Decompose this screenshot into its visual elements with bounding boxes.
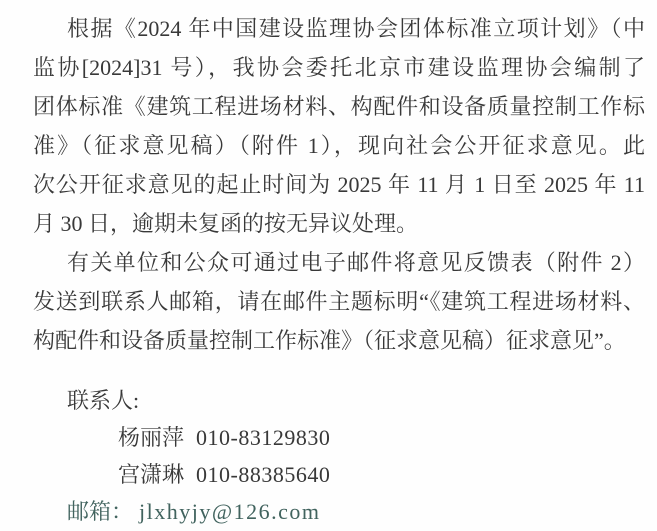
contact-label: 联系人: bbox=[33, 382, 645, 419]
text-line: 次公开征求意见的起止时间为 2025 年 11 月 1 日至 2025 年 11 bbox=[33, 165, 645, 204]
contact-phone: 010-88385640 bbox=[196, 462, 330, 487]
contact-name: 杨丽萍 bbox=[118, 425, 184, 450]
contact-person: 宫潇琳010-88385640 bbox=[33, 456, 645, 493]
text-line: 月 30 日，逾期未复函的按无异议处理。 bbox=[33, 204, 645, 243]
paragraph-intro: 根据《2024 年中国建设监理协会团体标准立项计划》（中 监协[2024]31 … bbox=[33, 9, 645, 243]
contact-phone: 010-83129830 bbox=[196, 425, 330, 450]
email-address: jlxhyjy@126.com bbox=[139, 499, 320, 524]
paragraph-feedback-instructions: 有关单位和公众可通过电子邮件将意见反馈表（附件 2） 发送到联系人邮箱，请在邮件… bbox=[33, 243, 645, 360]
text-line: 发送到联系人邮箱，请在邮件主题标明“《建筑工程进场材料、 bbox=[33, 282, 645, 321]
text-line: 构配件和设备质量控制工作标准》（征求意见稿）征求意见”。 bbox=[33, 321, 645, 360]
email-line: 邮箱：jlxhyjy@126.com bbox=[33, 493, 645, 530]
document-page: 根据《2024 年中国建设监理协会团体标准立项计划》（中 监协[2024]31 … bbox=[0, 0, 657, 531]
contact-name: 宫潇琳 bbox=[118, 462, 184, 487]
text-line: 团体标准《建筑工程进场材料、构配件和设备质量控制工作标 bbox=[33, 87, 645, 126]
contact-section: 联系人: 杨丽萍010-83129830 宫潇琳010-88385640 邮箱：… bbox=[33, 382, 645, 530]
text-line: 准》（征求意见稿）（附件 1），现向社会公开征求意见。此 bbox=[33, 126, 645, 165]
text-line: 有关单位和公众可通过电子邮件将意见反馈表（附件 2） bbox=[33, 243, 645, 282]
text-line: 根据《2024 年中国建设监理协会团体标准立项计划》（中 bbox=[33, 9, 645, 48]
text-line: 监协[2024]31 号），我协会委托北京市建设监理协会编制了 bbox=[33, 48, 645, 87]
email-label: 邮箱： bbox=[67, 499, 133, 524]
contact-person: 杨丽萍010-83129830 bbox=[33, 419, 645, 456]
